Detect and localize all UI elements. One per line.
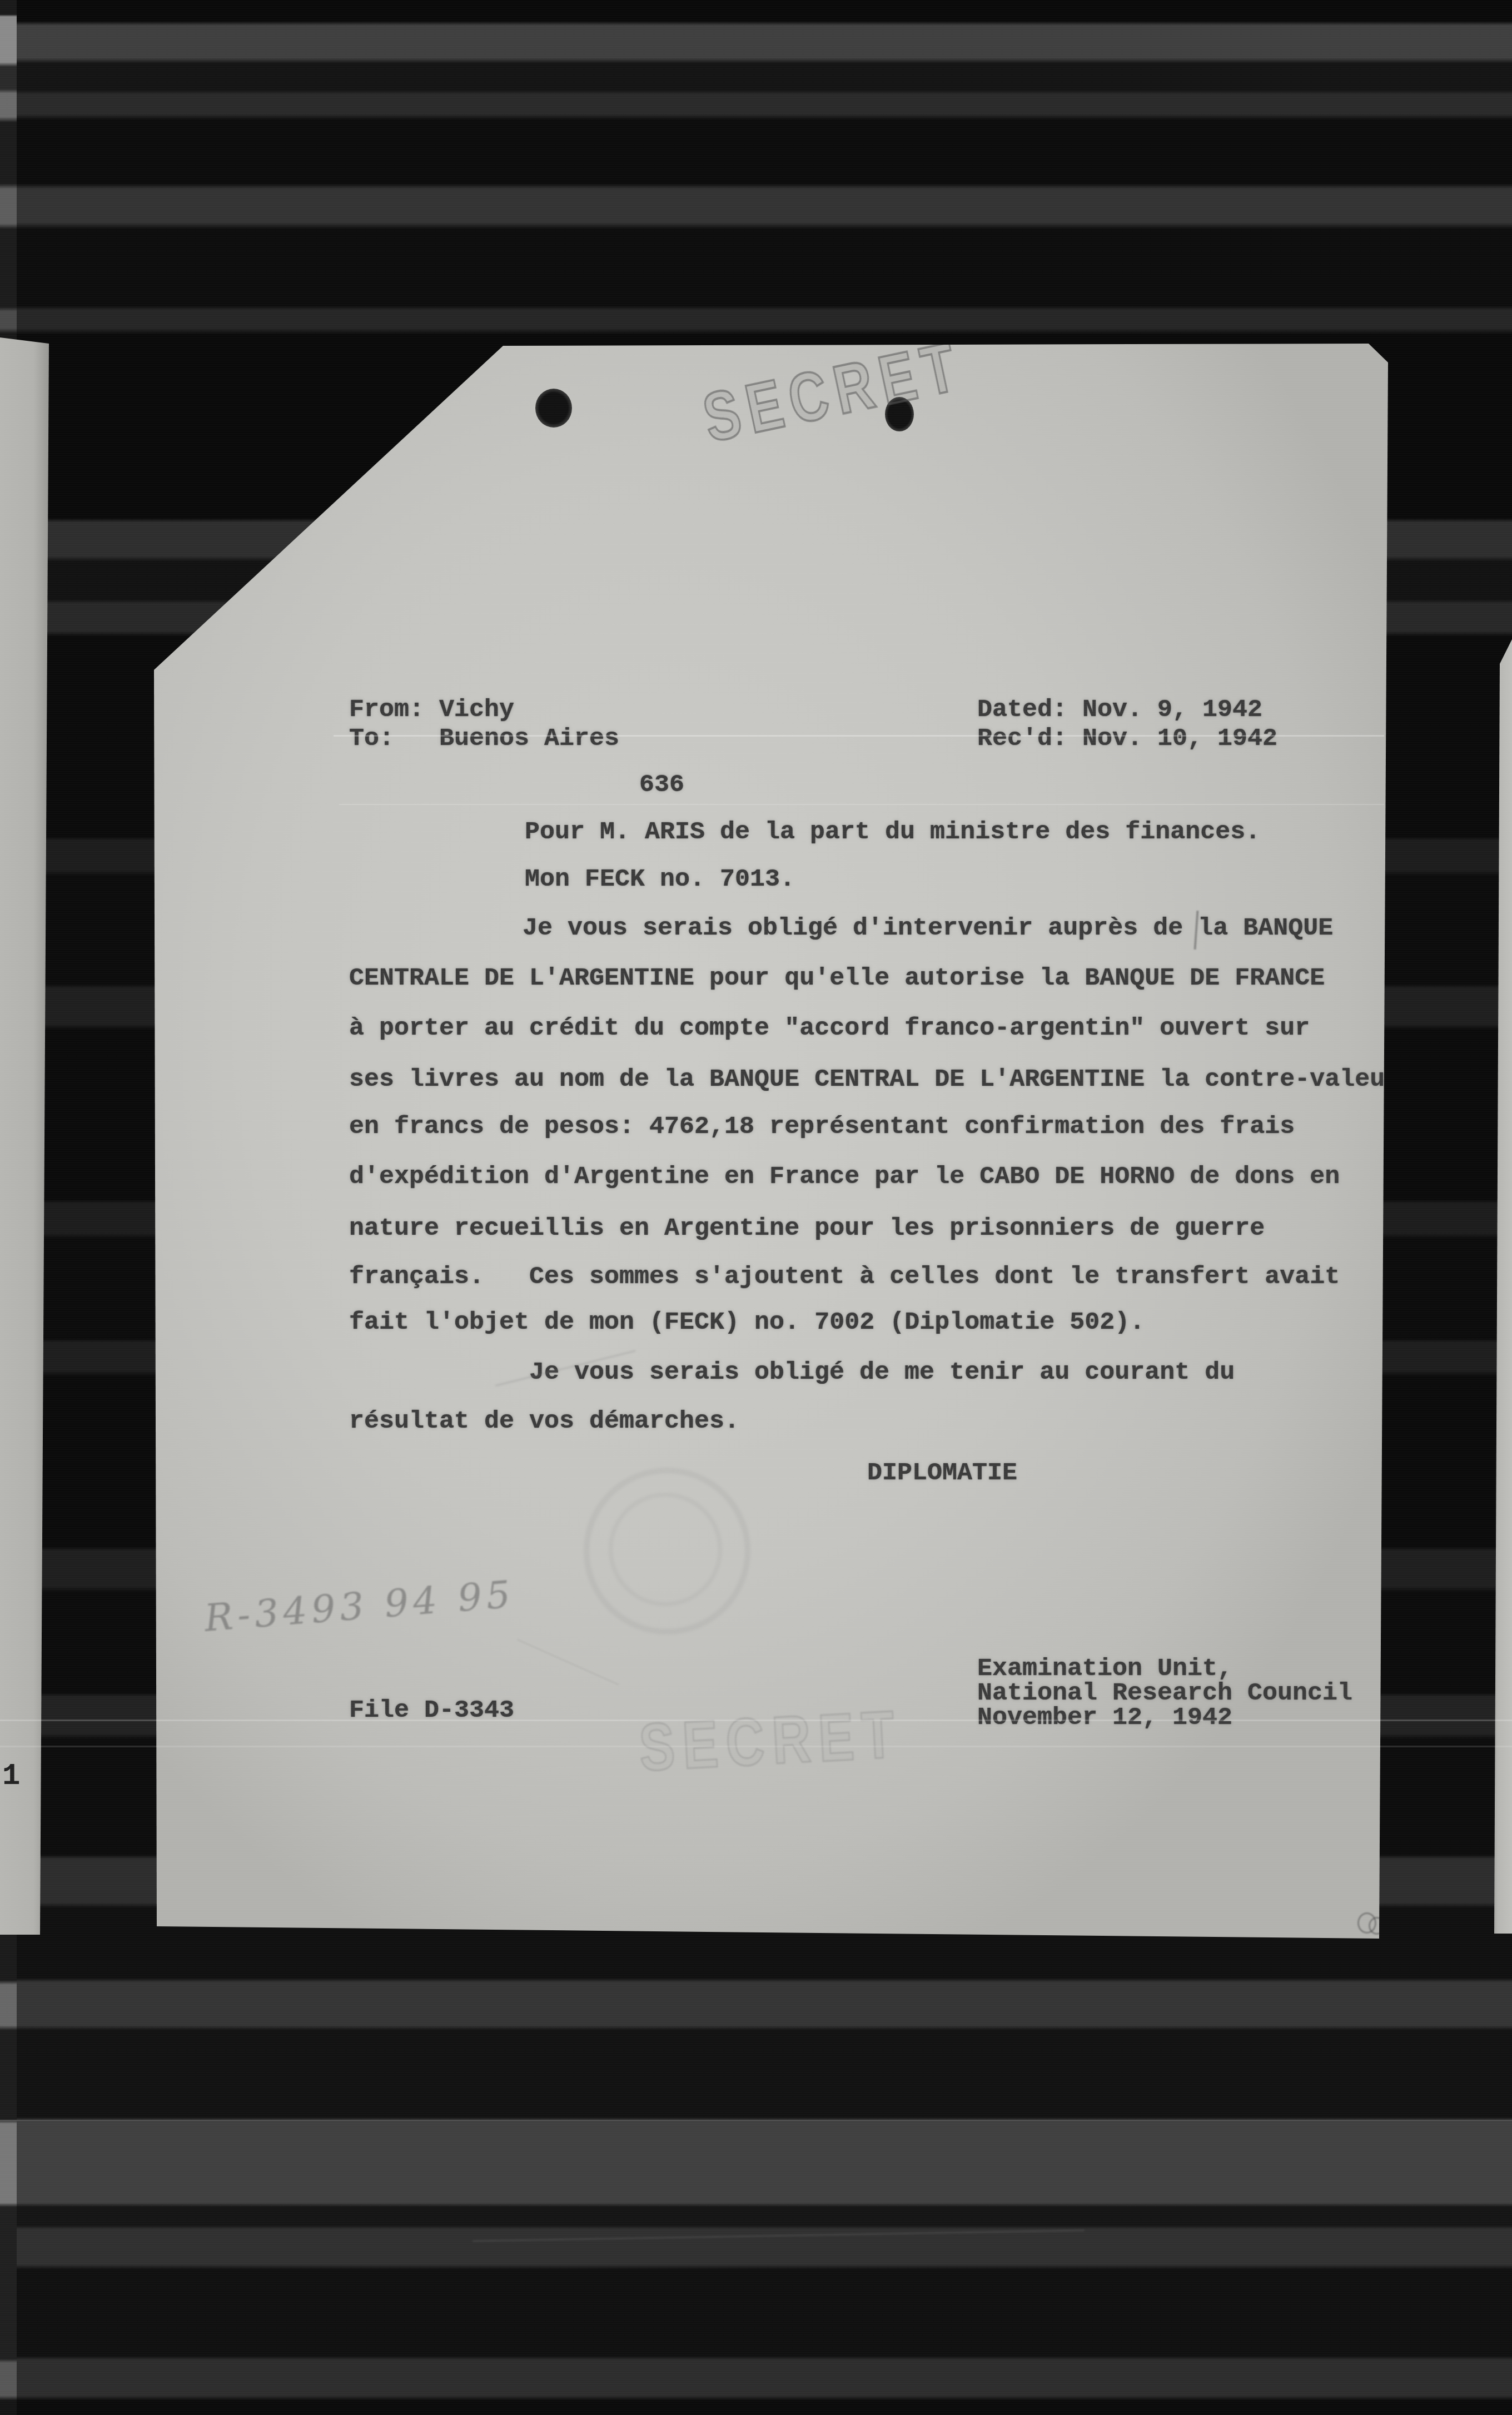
film-scratch-line bbox=[0, 2120, 1512, 2121]
ghost-seal-mark bbox=[584, 1468, 750, 1634]
microfilm-frame: 1 SECRET SECRET From: Vichy To: Buenos A… bbox=[0, 0, 1512, 2415]
org-line-3: November 12, 1942 bbox=[977, 1706, 1232, 1730]
body-line: Pour M. ARIS de la part du ministre des … bbox=[525, 818, 1260, 846]
corner-scribble-mark bbox=[1369, 1917, 1385, 1935]
body-line: français. Ces sommes s'ajoutent à celles… bbox=[349, 1263, 1340, 1291]
body-line: Je vous serais obligé d'intervenir auprè… bbox=[523, 915, 1333, 942]
from-line: From: Vichy bbox=[349, 696, 514, 724]
received-line: Rec'd: Nov. 10, 1942 bbox=[977, 725, 1277, 753]
file-number: File D-3343 bbox=[349, 1697, 514, 1725]
ghost-seal-inner-mark bbox=[609, 1493, 722, 1606]
body-line: d'expédition d'Argentine en France par l… bbox=[349, 1163, 1340, 1191]
body-line: fait l'objet de mon (FECK) no. 7002 (Dip… bbox=[349, 1309, 1145, 1336]
dated-line: Dated: Nov. 9, 1942 bbox=[977, 696, 1262, 724]
body-line: ses livres au nom de la BANQUE CENTRAL D… bbox=[349, 1066, 1400, 1094]
body-line: nature recueillis en Argentine pour les … bbox=[349, 1215, 1265, 1243]
signature-line: DIPLOMATIE bbox=[867, 1459, 1017, 1487]
telegram-page: SECRET SECRET From: Vichy To: Buenos Air… bbox=[0, 0, 1512, 2415]
message-number: 636 bbox=[639, 771, 684, 799]
secret-stamp-bottom: SECRET bbox=[637, 1697, 904, 1787]
body-line: résultat de vos démarches. bbox=[349, 1408, 739, 1435]
body-line: Je vous serais obligé de me tenir au cou… bbox=[529, 1359, 1235, 1387]
body-line: CENTRALE DE L'ARGENTINE pour qu'elle aut… bbox=[349, 965, 1325, 992]
body-line: en francs de pesos: 4762,18 représentant… bbox=[349, 1113, 1295, 1141]
edge-page-number: 1 bbox=[2, 1760, 20, 1793]
handwritten-reel-numbers: R-3493 94 95 bbox=[203, 1572, 516, 1641]
ghost-writing-mark bbox=[472, 2204, 1085, 2242]
secret-stamp-top: SECRET bbox=[697, 326, 971, 459]
to-line: To: Buenos Aires bbox=[349, 725, 619, 753]
punch-hole-left bbox=[535, 389, 572, 428]
body-line: Mon FECK no. 7013. bbox=[525, 866, 795, 893]
org-line-1: Examination Unit, bbox=[977, 1657, 1232, 1681]
film-scratch-line bbox=[339, 804, 1384, 805]
org-line-2: National Research Council bbox=[977, 1681, 1352, 1706]
ghost-writing-mark bbox=[517, 1618, 628, 1686]
body-line: à porter au crédit du compte "accord fra… bbox=[349, 1015, 1310, 1042]
